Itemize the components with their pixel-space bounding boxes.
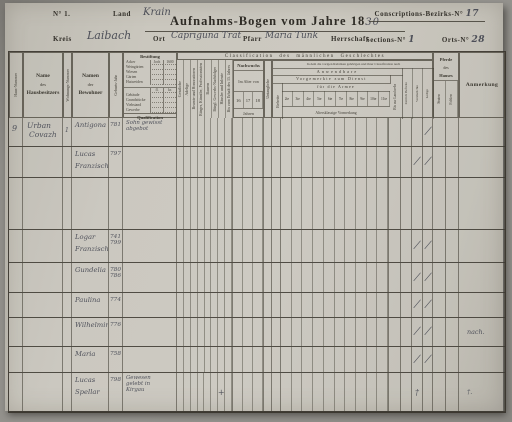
classification-cell bbox=[191, 147, 198, 177]
resident-name: Spellar bbox=[72, 388, 108, 396]
resident-name: Maria bbox=[72, 350, 108, 358]
cell-pferde-1 bbox=[433, 347, 446, 372]
classification-cell bbox=[198, 318, 205, 346]
classification-cell bbox=[198, 118, 205, 146]
nachwuchs-cell bbox=[233, 147, 243, 177]
col-dwelling-number-label: Wohnungs-Nummer bbox=[66, 69, 70, 102]
pferde-title-line2: des bbox=[439, 64, 452, 72]
nachwuchs-cell bbox=[233, 293, 243, 317]
classification-cell bbox=[218, 230, 225, 262]
cell-bestiftung-note bbox=[123, 318, 177, 346]
armee-class-cell bbox=[356, 178, 367, 229]
armee-age-class-cell: 3te bbox=[293, 91, 304, 106]
classification-cell bbox=[177, 230, 184, 262]
classification-column: Geistliche bbox=[177, 60, 184, 118]
cell-side-3: / bbox=[423, 263, 433, 292]
cell-dwelling-number bbox=[63, 347, 72, 372]
armee-age-class-cell: 10te bbox=[368, 91, 379, 106]
cell-classification bbox=[177, 178, 233, 229]
orts-label: Orts-N° bbox=[442, 36, 469, 44]
cell-pferde-2 bbox=[446, 373, 459, 411]
cell-owner: UrbanCovazh bbox=[23, 118, 63, 146]
nachwuchs-cell bbox=[233, 118, 243, 146]
classification-cell bbox=[211, 293, 218, 317]
cell-dwelling-number bbox=[63, 263, 72, 292]
armee-class-cell bbox=[335, 293, 346, 317]
cell-classification bbox=[177, 263, 233, 292]
armee-class-cell bbox=[292, 118, 303, 146]
col-dwelling-number: Wohnungs-Nummer bbox=[63, 52, 72, 118]
armee-class-cell bbox=[313, 118, 324, 146]
armee-class-cell bbox=[324, 230, 335, 262]
cell-befreite bbox=[272, 230, 281, 262]
classification-cell bbox=[225, 318, 232, 346]
classification-cell bbox=[205, 147, 212, 177]
classification-cell bbox=[211, 318, 218, 346]
armee-age-class-cell: 4te bbox=[304, 91, 315, 106]
classification-title-box: Classification des männlichen Geschlecht… bbox=[177, 52, 433, 60]
armee-class-cell bbox=[367, 347, 378, 372]
armee-class-cell bbox=[281, 263, 292, 292]
classification-cell bbox=[177, 347, 184, 372]
cell-nachwuchs bbox=[233, 373, 264, 411]
cell-pferde-1 bbox=[433, 118, 446, 146]
table-row: Gundelia780786// bbox=[9, 263, 505, 293]
resident-name: Lucas bbox=[72, 150, 108, 158]
classification-cell bbox=[205, 263, 212, 292]
col-house-number-label: Haus-Nummer bbox=[14, 73, 18, 97]
table-row: LogarFranzischka741799// bbox=[9, 230, 505, 263]
armee-class-cell bbox=[345, 373, 356, 411]
cross-mark: † bbox=[415, 388, 419, 397]
bestiftung-tax-kr-cell bbox=[163, 108, 176, 113]
kreis-label: Kreis bbox=[53, 35, 72, 43]
cell-nachwuchs bbox=[233, 178, 264, 229]
pferde-title-line3: Hauses bbox=[439, 72, 452, 80]
cell-side-1 bbox=[401, 318, 412, 346]
cell-side-1 bbox=[401, 230, 412, 262]
cell-armee-classes bbox=[281, 147, 389, 177]
classification-column-label: Häusler und Inleute bbox=[220, 73, 224, 105]
cell-side-1 bbox=[401, 178, 412, 229]
birth-year-value: 797 bbox=[109, 151, 122, 157]
cell-pferde-1 bbox=[433, 230, 446, 262]
classification-column-label: Bürger, Künstler, Professionisten bbox=[199, 63, 203, 116]
cell-pferde-2 bbox=[446, 293, 459, 317]
classification-columns: GeistlicheAdeligeBeamte und Honoratioren… bbox=[177, 60, 233, 118]
bestiftung-land-table: ÄckerJoch1600WeingärtenWiesenGärtenHutwe… bbox=[124, 60, 176, 85]
armee-class-cell bbox=[324, 318, 335, 346]
orts-number: Orts-N° 28 bbox=[442, 35, 485, 45]
armee-class-cell bbox=[377, 318, 388, 346]
cell-resident-names: LucasFranzischka bbox=[72, 147, 109, 177]
armee-class-cell bbox=[302, 118, 313, 146]
cell-landwehr bbox=[389, 347, 401, 372]
cell-nachwuchs bbox=[233, 118, 264, 146]
cell-birth-years bbox=[109, 178, 123, 229]
col-owner-line2: des bbox=[40, 81, 46, 89]
armee-class-cell bbox=[281, 293, 292, 317]
cell-dwelling-number bbox=[63, 147, 72, 177]
cell-owner bbox=[23, 373, 63, 411]
classification-cell bbox=[211, 347, 218, 372]
nachwuchs-cell bbox=[233, 263, 243, 292]
cell-bestiftung-note bbox=[123, 263, 177, 292]
table-row bbox=[9, 178, 505, 230]
armee-class-cell bbox=[367, 230, 378, 262]
nachwuchs-cell bbox=[253, 230, 263, 262]
armee-class-cell bbox=[324, 373, 335, 411]
tally-mark: / bbox=[414, 273, 421, 283]
classification-cell bbox=[177, 147, 184, 177]
classification-column-label: Geistliche bbox=[178, 81, 182, 97]
cell-side-1 bbox=[401, 293, 412, 317]
armee-class-cell bbox=[335, 118, 346, 146]
cell-resident-names: Wilhelmina bbox=[72, 318, 109, 346]
cell-classification bbox=[177, 318, 233, 346]
classification-cell bbox=[211, 263, 218, 292]
armee-class-cell bbox=[367, 178, 378, 229]
nachwuchs-cell bbox=[233, 373, 243, 411]
cell-befreite bbox=[272, 373, 281, 411]
armee-class-cell bbox=[335, 347, 346, 372]
cell-side-3 bbox=[423, 178, 433, 229]
pferde-sub-column: Fohlen bbox=[446, 81, 458, 117]
pferde-sub-column-label: Fohlen bbox=[450, 94, 454, 105]
cell-owner bbox=[23, 230, 63, 262]
tally-mark: / bbox=[414, 241, 421, 251]
armee-class-cell bbox=[313, 347, 324, 372]
cell-resident-names: Gundelia bbox=[72, 263, 109, 292]
cell-befreite bbox=[272, 347, 281, 372]
cell-untaugliche bbox=[264, 118, 272, 146]
cell-landwehr bbox=[389, 147, 401, 177]
classification-column: Bürger, Künstler, Professionisten bbox=[198, 60, 205, 118]
classification-cell bbox=[198, 230, 205, 262]
tally-mark: / bbox=[424, 241, 431, 251]
armee-class-cell bbox=[335, 318, 346, 346]
form-number-label: N° 1. bbox=[53, 10, 70, 18]
resident-name: Paulina bbox=[72, 296, 108, 304]
cell-birth-years: 780786 bbox=[109, 263, 123, 292]
col-residents-line2: der bbox=[88, 81, 94, 89]
cell-bestiftung-note bbox=[123, 178, 177, 229]
armee-class-cell bbox=[377, 230, 388, 262]
cell-pferde-1 bbox=[433, 293, 446, 317]
armee-class-cell bbox=[356, 373, 367, 411]
cell-anmerkung bbox=[459, 118, 505, 146]
cell-resident-names: Paulina bbox=[72, 293, 109, 317]
armee-class-cell bbox=[367, 263, 378, 292]
nachwuchs-cell bbox=[243, 293, 253, 317]
cell-anmerkung bbox=[459, 293, 505, 317]
dwelling-number-value: 1 bbox=[65, 127, 69, 134]
cell-side-2: / bbox=[412, 347, 423, 372]
classification-cell bbox=[184, 347, 191, 372]
col-birth-year-label: Geburts-Jahr bbox=[114, 75, 118, 96]
classification-mark: + bbox=[218, 388, 225, 397]
classification-cell bbox=[225, 347, 232, 372]
cell-house-number bbox=[9, 263, 23, 292]
cell-resident-names: LucasSpellar bbox=[72, 373, 109, 411]
armee-class-cell bbox=[324, 263, 335, 292]
cell-side-2: / bbox=[412, 263, 423, 292]
nachwuchs-cell bbox=[243, 347, 253, 372]
nachwuchs-cell bbox=[253, 318, 263, 346]
cell-pferde-2 bbox=[446, 318, 459, 346]
cell-birth-years: 797 bbox=[109, 147, 123, 177]
cell-befreite bbox=[272, 147, 281, 177]
col-owner-line1: Name bbox=[36, 72, 50, 81]
table-row: Wilhelmina776//nach. bbox=[9, 318, 505, 347]
cell-house-number bbox=[9, 178, 23, 229]
nachwuchs-cell bbox=[253, 293, 263, 317]
armee-class-cell bbox=[281, 347, 292, 372]
cell-pferde-1 bbox=[433, 318, 446, 346]
cell-pferde-2 bbox=[446, 178, 459, 229]
resident-name: Logar bbox=[72, 233, 108, 241]
classification-cell bbox=[198, 263, 205, 292]
cell-resident-names: Antigona bbox=[72, 118, 109, 146]
classification-column-label: Bauern bbox=[206, 83, 210, 95]
table-row: 9UrbanCovazh1Antigona781Sohn gewisstabge… bbox=[9, 118, 505, 147]
pferde-sub-column: Stuten bbox=[434, 81, 446, 117]
armee-class-cell bbox=[367, 293, 378, 317]
nachwuchs-cell bbox=[253, 263, 263, 292]
cell-armee-classes bbox=[281, 347, 389, 372]
classification-cell bbox=[177, 178, 184, 229]
classification-cell bbox=[225, 263, 232, 292]
nachwuchs-cell bbox=[243, 178, 253, 229]
sections-number: Sections-N° 1 bbox=[366, 35, 415, 45]
armee-class-cell bbox=[335, 230, 346, 262]
orts-value: 28 bbox=[471, 35, 485, 45]
cell-landwehr bbox=[389, 118, 401, 146]
armee-class-cell bbox=[335, 263, 346, 292]
nachwuchs-cell bbox=[243, 118, 253, 146]
tally-mark: / bbox=[424, 300, 431, 310]
cell-pferde-1 bbox=[433, 263, 446, 292]
cell-dwelling-number bbox=[63, 318, 72, 346]
nachwuchs-cell bbox=[253, 147, 263, 177]
nachwuchs-age-cell: 17 bbox=[244, 92, 254, 108]
cell-anmerkung: †. bbox=[459, 373, 505, 411]
birth-year-value: 781 bbox=[109, 122, 122, 128]
pferde-box: Pferde des Hauses StutenFohlen bbox=[433, 52, 459, 118]
nachwuchs-age-cell: 16 bbox=[234, 92, 244, 108]
cell-side-3 bbox=[423, 373, 433, 411]
armee-class-cell bbox=[356, 147, 367, 177]
bestiftung-tax-label: Gewerbe bbox=[124, 108, 150, 113]
paper-sheet: N° 1. Land Krain Aufnahms-Bogen vom Jahr… bbox=[5, 3, 503, 411]
resident-name: Lucas bbox=[72, 376, 108, 384]
classification-cell bbox=[184, 118, 191, 146]
pferde-sub-columns: StutenFohlen bbox=[434, 80, 458, 117]
bestiftung-note-line: abgebot bbox=[123, 126, 176, 132]
table-row: LucasFranzischka797// bbox=[9, 147, 505, 178]
armee-befreite-label: Befreite bbox=[276, 95, 280, 108]
armee-class-cell bbox=[367, 118, 378, 146]
birth-year-value: 774 bbox=[109, 297, 122, 303]
cell-untaugliche bbox=[264, 293, 272, 317]
cell-pferde-2 bbox=[446, 347, 459, 372]
owner-name-line: Covazh bbox=[23, 130, 62, 139]
cell-bestiftung-note: Sohn gewisstabgebot bbox=[123, 118, 177, 146]
col-bestiftung: Bestiftung ÄckerJoch1600WeingärtenWiesen… bbox=[123, 52, 177, 118]
classification-cell bbox=[205, 230, 212, 262]
ort-value: Capriguna Trat bbox=[171, 31, 241, 41]
classification-column: Adelige bbox=[184, 60, 191, 118]
classification-cell bbox=[191, 263, 198, 292]
form-title-printed: Aufnahms-Bogen vom Jahre 18 bbox=[170, 14, 365, 28]
cell-landwehr bbox=[389, 263, 401, 292]
nachwuchs-cell bbox=[243, 263, 253, 292]
classification-cell bbox=[184, 147, 191, 177]
armee-side-column-label: Verehelichte bbox=[416, 85, 419, 102]
armee-class-cell bbox=[345, 230, 356, 262]
armee-class-cell bbox=[377, 263, 388, 292]
cell-house-number bbox=[9, 373, 23, 411]
cell-untaugliche bbox=[264, 373, 272, 411]
armee-class-cell bbox=[313, 230, 324, 262]
tally-mark: / bbox=[424, 157, 431, 167]
cell-birth-years: 776 bbox=[109, 318, 123, 346]
table-row: LucasSpellar798Gewesengelebt inKirgau+††… bbox=[9, 373, 505, 412]
nachwuchs-cell bbox=[233, 230, 243, 262]
cell-armee-classes bbox=[281, 263, 389, 292]
cell-nachwuchs bbox=[233, 263, 264, 292]
classification-cell bbox=[225, 147, 232, 177]
conscription-table: Haus-Nummer Name des Hausbesitzers Wohnu… bbox=[8, 51, 506, 413]
cell-befreite bbox=[272, 118, 281, 146]
armee-side-column: Zeitlich Befreite bbox=[402, 68, 413, 119]
armee-class-cell bbox=[335, 373, 346, 411]
classification-title: Classification des männlichen Geschlecht… bbox=[225, 54, 385, 59]
armee-class-cell bbox=[292, 347, 303, 372]
armee-class-cell bbox=[356, 118, 367, 146]
armee-age-class-cell: 6te bbox=[325, 91, 336, 106]
cell-anmerkung bbox=[459, 230, 505, 262]
nachwuchs-cell bbox=[253, 347, 263, 372]
armee-class-cell bbox=[335, 178, 346, 229]
classification-cell bbox=[225, 178, 232, 229]
cell-classification bbox=[177, 293, 233, 317]
table-header: Haus-Nummer Name des Hausbesitzers Wohnu… bbox=[9, 52, 505, 118]
armee-class-cell bbox=[302, 293, 313, 317]
cell-armee-classes bbox=[281, 178, 389, 229]
cell-side-3: / bbox=[423, 347, 433, 372]
land-label: Land bbox=[113, 10, 131, 18]
armee-age-classes: 2te3te4te5te6te7te8te9te10te11te bbox=[282, 91, 390, 107]
col-owner: Name des Hausbesitzers bbox=[23, 52, 63, 118]
tally-mark: / bbox=[424, 327, 431, 337]
cell-side-3: / bbox=[423, 230, 433, 262]
nachwuchs-cell bbox=[243, 318, 253, 346]
conscription-number: 17 bbox=[465, 9, 479, 19]
armee-class-cell bbox=[377, 373, 388, 411]
col-residents-line3: Bewohner bbox=[79, 89, 103, 98]
cell-landwehr bbox=[389, 293, 401, 317]
bestiftung-land-klafter-cell bbox=[163, 80, 176, 85]
armee-class-cell bbox=[313, 263, 324, 292]
classification-cell bbox=[177, 318, 184, 346]
armee-class-cell bbox=[302, 373, 313, 411]
cell-resident-names: Maria bbox=[72, 347, 109, 372]
classification-cell bbox=[225, 293, 232, 317]
cell-pferde-2 bbox=[446, 118, 459, 146]
bestiftung-tax-row: Gewerbe bbox=[124, 108, 176, 113]
classification-column-label: Bürgl. Gewerbs-Nachfolger bbox=[213, 67, 217, 112]
cell-resident-names: LogarFranzischka bbox=[72, 230, 109, 262]
classification-column-label: Bis zum Erhalt des 15. Jahres bbox=[227, 65, 231, 112]
cell-befreite bbox=[272, 178, 281, 229]
armee-class-cell bbox=[281, 230, 292, 262]
armee-class-cell bbox=[356, 230, 367, 262]
armee-class-cell bbox=[367, 318, 378, 346]
conscription-label: Conscriptions-Bezirks-N° bbox=[375, 10, 464, 18]
cell-classification bbox=[177, 347, 233, 372]
cell-side-3: / bbox=[423, 318, 433, 346]
nachwuchs-subtitle: Im Alter von bbox=[238, 71, 258, 91]
col-untaugliche-label: Untaugliche bbox=[266, 79, 270, 99]
cell-side-2: / bbox=[412, 293, 423, 317]
classification-cell bbox=[205, 347, 212, 372]
bestiftung-land-label: Hutweiden bbox=[124, 80, 150, 85]
cell-side-1 bbox=[401, 373, 412, 411]
armee-class-cell bbox=[356, 318, 367, 346]
cell-owner bbox=[23, 178, 63, 229]
armee-class-cell bbox=[377, 118, 388, 146]
ort-label: Ort bbox=[153, 35, 165, 43]
anmerkung-value: †. bbox=[459, 388, 472, 396]
cell-classification bbox=[177, 147, 233, 177]
nachwuchs-cell bbox=[253, 178, 263, 229]
bestiftung-land-joch-cell bbox=[150, 80, 163, 85]
armee-class-cell bbox=[345, 118, 356, 146]
bestiftung-title: Bestiftung bbox=[124, 53, 176, 60]
form-header: N° 1. Land Krain Aufnahms-Bogen vom Jahr… bbox=[5, 3, 503, 51]
armee-class-cell bbox=[356, 347, 367, 372]
form-title: Aufnahms-Bogen vom Jahre 1830 bbox=[145, 14, 405, 32]
bestiftung-tax-fl-cell bbox=[150, 108, 163, 113]
cell-dwelling-number bbox=[63, 373, 72, 411]
cell-side-1 bbox=[401, 263, 412, 292]
pfarr-label: Pfarr bbox=[243, 35, 262, 43]
scanned-document: N° 1. Land Krain Aufnahms-Bogen vom Jahr… bbox=[0, 0, 512, 422]
cell-landwehr bbox=[389, 178, 401, 229]
tally-mark: / bbox=[424, 273, 431, 283]
house-number-value: 9 bbox=[12, 124, 17, 133]
cell-anmerkung bbox=[459, 347, 505, 372]
armee-age-class-cell: 5te bbox=[314, 91, 325, 106]
cell-pferde-1 bbox=[433, 147, 446, 177]
classification-cell bbox=[184, 230, 191, 262]
armee-class-cell bbox=[367, 373, 378, 411]
armee-class-cell bbox=[313, 147, 324, 177]
armee-landwehr-label: Bis zur Landwehr bbox=[394, 84, 398, 110]
cell-anmerkung: nach. bbox=[459, 318, 505, 346]
cell-birth-years: 758 bbox=[109, 347, 123, 372]
birth-year-value: 776 bbox=[109, 322, 122, 328]
cell-house-number: 9 bbox=[9, 118, 23, 146]
armee-class-cell bbox=[313, 293, 324, 317]
cell-armee-classes bbox=[281, 318, 389, 346]
classification-cell bbox=[177, 263, 184, 292]
classification-cell bbox=[218, 347, 225, 372]
armee-class-cell bbox=[324, 147, 335, 177]
classification-cell bbox=[184, 293, 191, 317]
pfarr-value: Maria Tunk bbox=[265, 31, 318, 41]
